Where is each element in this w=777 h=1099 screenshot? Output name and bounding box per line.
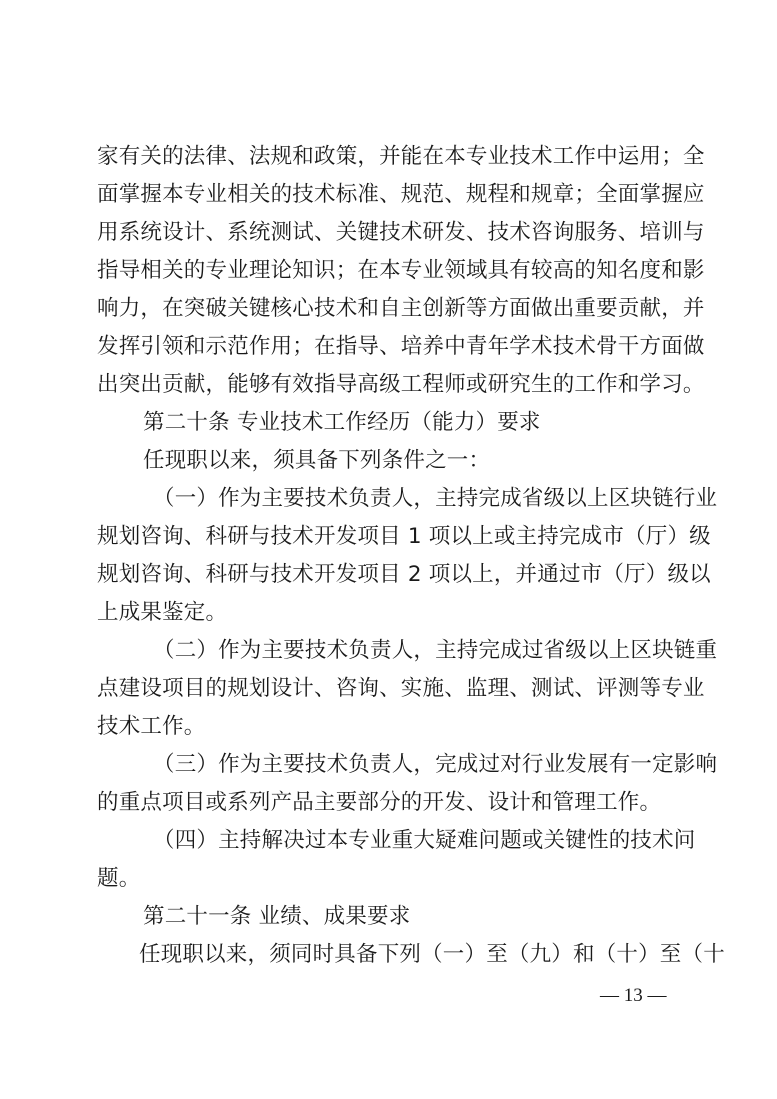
paragraph-line: 技术工作。 xyxy=(97,708,683,746)
document-body: 家有关的法律、法规和政策，并能在本专业技术工作中运用；全 面掌握本专业相关的技术… xyxy=(97,138,683,974)
article-heading-21: 第二十一条 业绩、成果要求 xyxy=(97,898,683,936)
paragraph-line: 点建设项目的规划设计、咨询、实施、监理、测试、评测等专业 xyxy=(97,670,683,708)
paragraph-line: 指导相关的专业理论知识；在本专业领域具有较高的知名度和影 xyxy=(97,252,683,290)
paragraph-line: 规划咨询、科研与技术开发项目 1 项以上或主持完成市（厅）级 xyxy=(97,518,683,556)
paragraph-line: 用系统设计、系统测试、关键技术研发、技术咨询服务、培训与 xyxy=(97,214,683,252)
paragraph-line: 响力，在突破关键核心技术和自主创新等方面做出重要贡献，并 xyxy=(97,290,683,328)
paragraph-line: 出突出贡献，能够有效指导高级工程师或研究生的工作和学习。 xyxy=(97,366,683,404)
paragraph-line: 面掌握本专业相关的技术标准、规范、规程和规章；全面掌握应 xyxy=(97,176,683,214)
list-item-1: （一）作为主要技术负责人，主持完成省级以上区块链行业 xyxy=(97,480,683,518)
page-number: — 13 — xyxy=(600,985,667,1007)
paragraph-line: 家有关的法律、法规和政策，并能在本专业技术工作中运用；全 xyxy=(97,138,683,176)
article-heading-20: 第二十条 专业技术工作经历（能力）要求 xyxy=(97,404,683,442)
paragraph-line: 发挥引领和示范作用；在指导、培养中青年学术技术骨干方面做 xyxy=(97,328,683,366)
paragraph-line: 的重点项目或系列产品主要部分的开发、设计和管理工作。 xyxy=(97,784,683,822)
paragraph-line: 规划咨询、科研与技术开发项目 2 项以上，并通过市（厅）级以 xyxy=(97,556,683,594)
paragraph-line: 上成果鉴定。 xyxy=(97,594,683,632)
paragraph-line: 题。 xyxy=(97,860,683,898)
paragraph-line: 任现职以来，须具备下列条件之一： xyxy=(97,442,683,480)
list-item-2: （二）作为主要技术负责人，主持完成过省级以上区块链重 xyxy=(97,632,683,670)
list-item-4: （四）主持解决过本专业重大疑难问题或关键性的技术问 xyxy=(97,822,683,860)
list-item-3: （三）作为主要技术负责人，完成过对行业发展有一定影响 xyxy=(97,746,683,784)
paragraph-line: 任现职以来，须同时具备下列（一）至（九）和（十）至（十 xyxy=(97,936,683,974)
